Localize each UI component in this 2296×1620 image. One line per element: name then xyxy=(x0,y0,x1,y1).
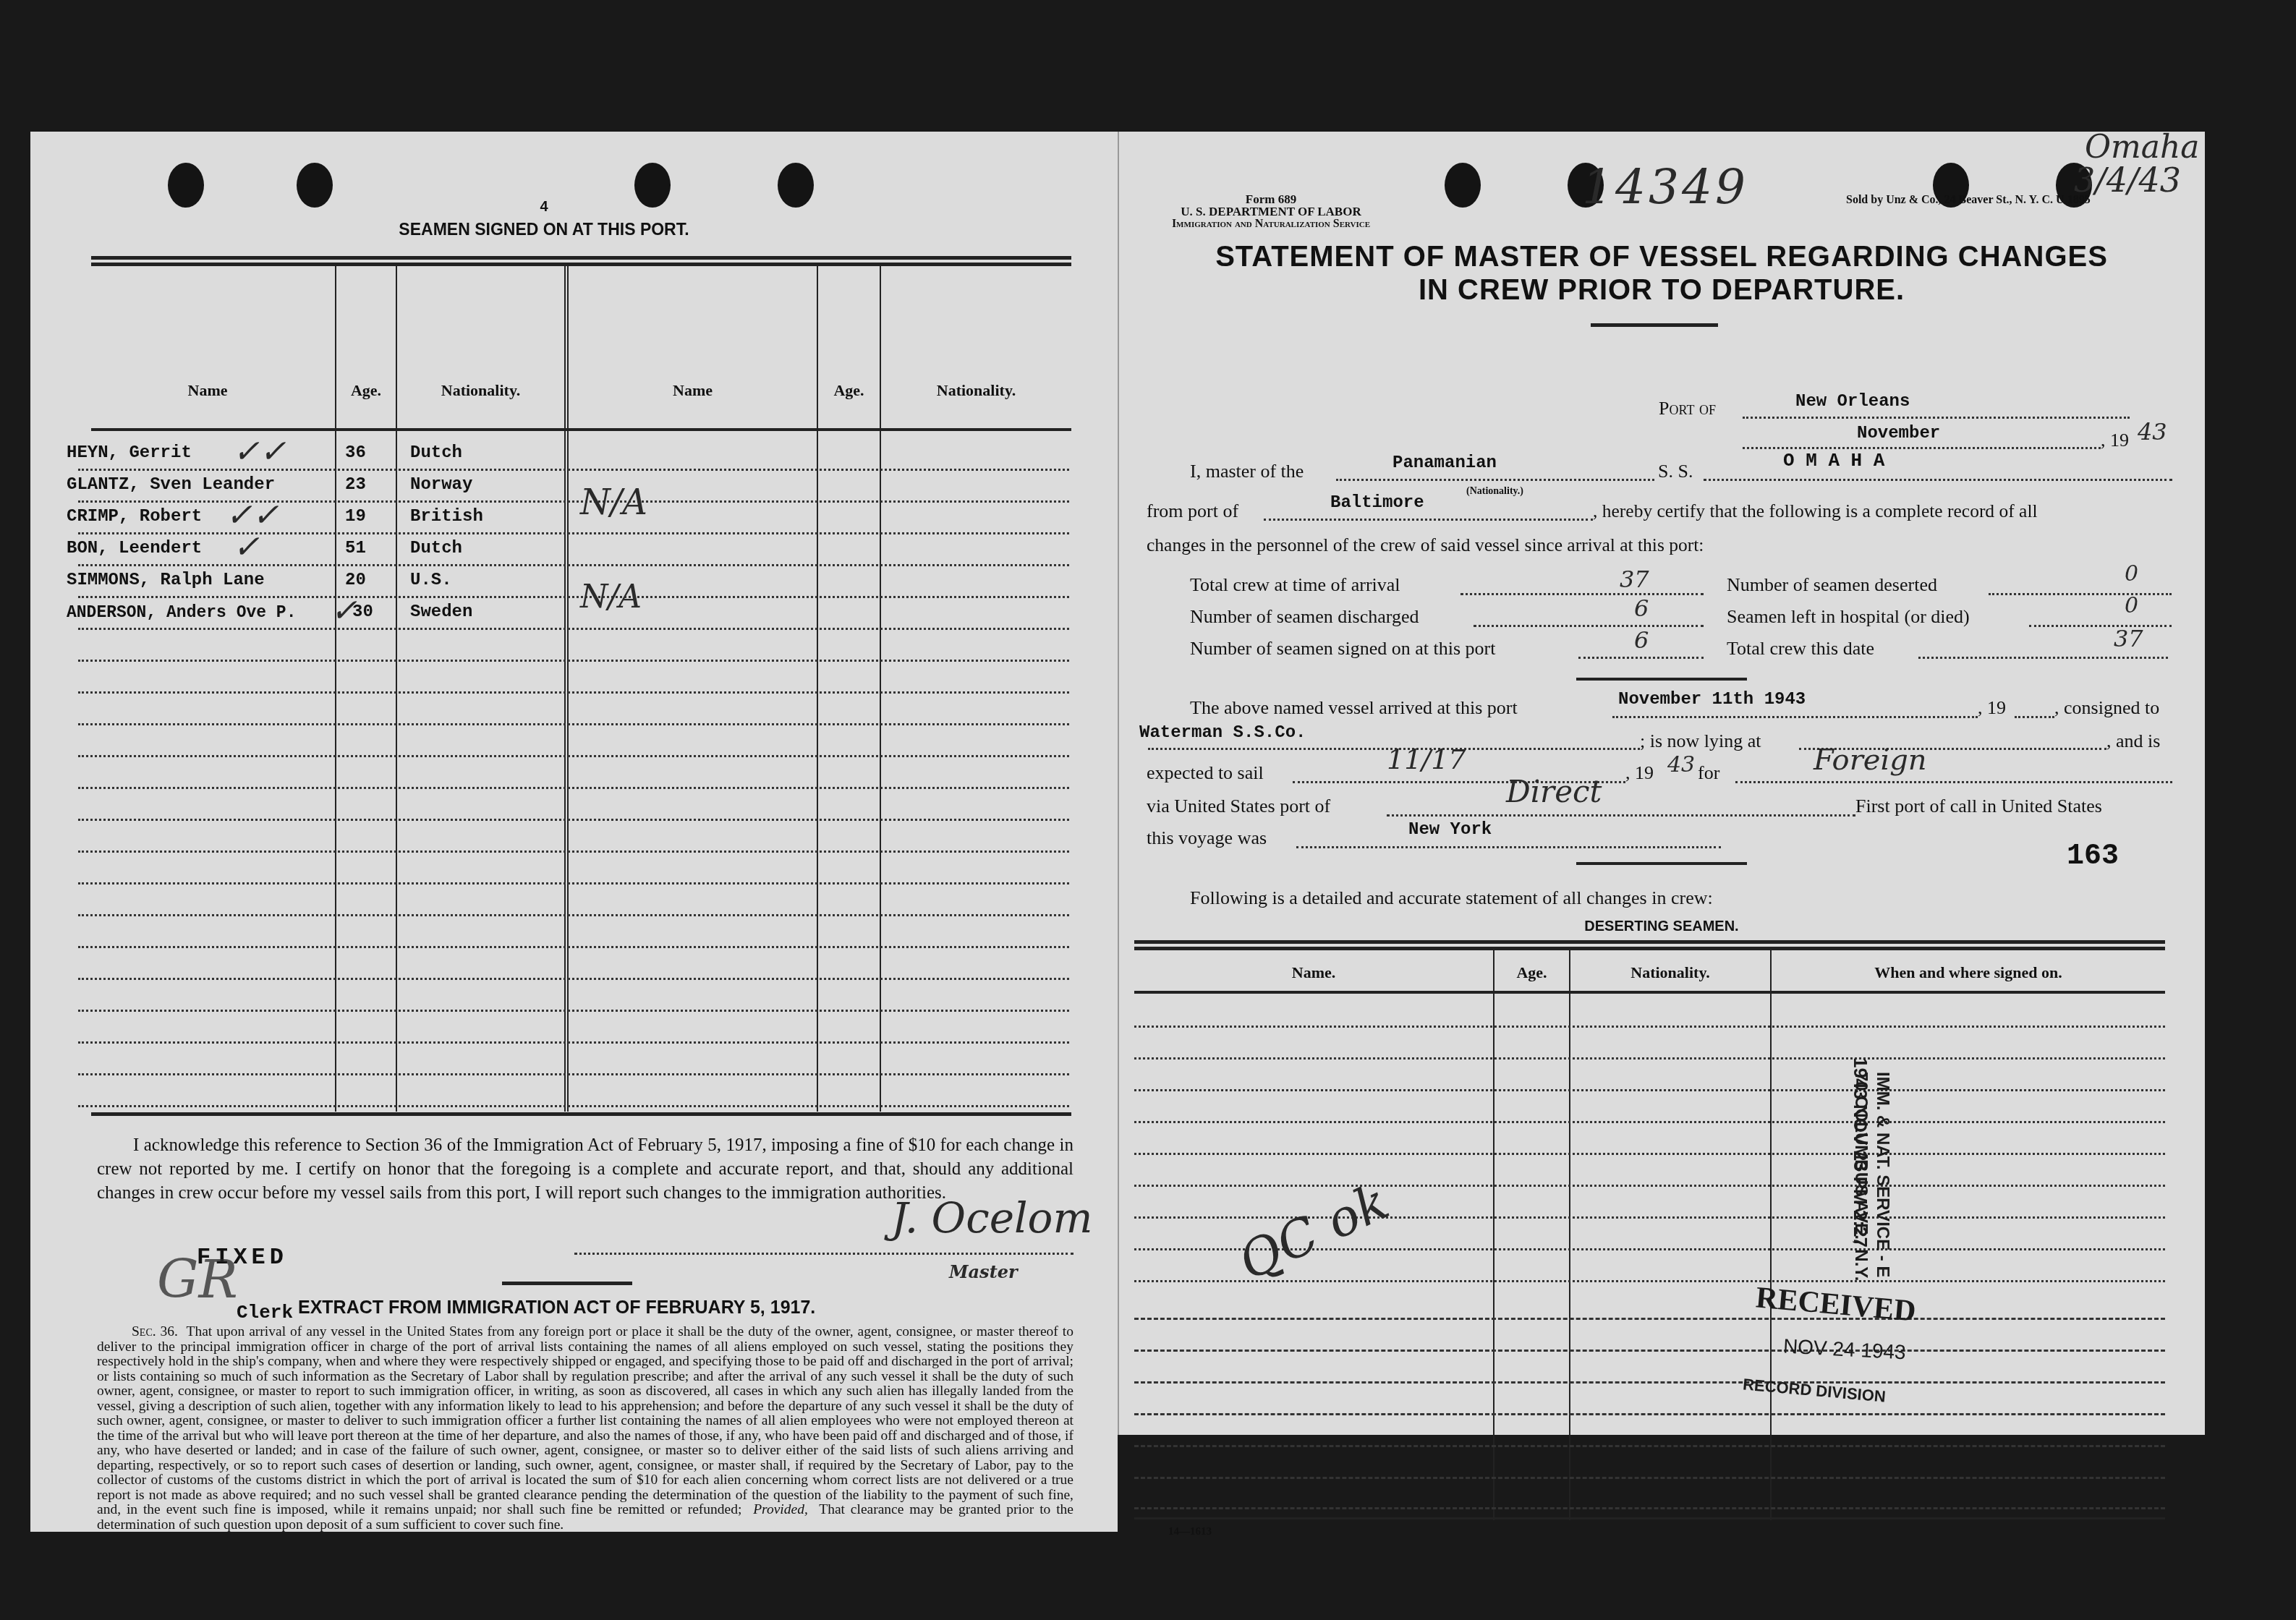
col-header-age-2: Age. xyxy=(818,381,880,400)
table-row xyxy=(1134,1153,2165,1155)
port-of-value[interactable]: New Orleans xyxy=(1795,392,1910,412)
deserting-title: DESERTING SEAMEN. xyxy=(1517,918,1806,935)
divider xyxy=(502,1282,632,1285)
table-row xyxy=(1134,1089,2165,1091)
table-row xyxy=(1134,1381,2165,1384)
voyage-value[interactable]: New York xyxy=(1408,820,1492,840)
expected-sail-value[interactable]: 11/17 xyxy=(1387,743,1466,775)
table-row xyxy=(1134,1413,2165,1415)
from-port-label: from port of xyxy=(1147,500,1238,522)
received-stamp: RECEIVED xyxy=(1754,1280,1917,1329)
check-mark-icon: ✓ xyxy=(233,529,260,566)
column-divider xyxy=(564,265,566,1112)
column-divider xyxy=(1770,949,1772,1520)
table-row: GLANTZ, Sven Leander 23 Norway xyxy=(45,467,1083,499)
master-of-label: I, master of the xyxy=(1190,461,1304,482)
header-rule xyxy=(91,428,1071,431)
column-divider xyxy=(1569,949,1570,1520)
table-row xyxy=(1134,1350,2165,1352)
punch-hole xyxy=(297,163,333,208)
table-top-rule xyxy=(1134,940,2165,950)
master-signature: J. Ocelom xyxy=(891,1193,1092,1242)
ship-name-value[interactable]: O M A H A xyxy=(1783,450,1884,472)
clerk-initials: GR xyxy=(157,1249,238,1310)
master-label: Master xyxy=(949,1261,1018,1282)
consignee-value[interactable]: Waterman S.S.Co. xyxy=(1139,723,1306,743)
record-division-stamp: RECORD DIVISION xyxy=(1742,1375,1887,1406)
ss-label: S. S. xyxy=(1658,461,1693,482)
col-header-nationality-2: Nationality. xyxy=(881,381,1071,400)
table-row xyxy=(1134,1121,2165,1123)
total-arrival-value[interactable]: 37 xyxy=(1620,566,1649,593)
discharged-value[interactable]: 6 xyxy=(1634,594,1649,622)
table-row xyxy=(1134,1507,2165,1509)
column-divider xyxy=(1493,949,1494,1520)
footer-code: 14—1613 xyxy=(1168,1526,1212,1538)
check-mark-icon: ✓✓ xyxy=(233,433,286,470)
col-header-signed-on: When and where signed on. xyxy=(1772,963,2165,982)
col-header-age: Age. xyxy=(336,381,396,400)
extract-title: EXTRACT FROM IMMIGRATION ACT OF FEBRUARY… xyxy=(298,1297,815,1318)
deserted-value[interactable]: 0 xyxy=(2125,561,2138,587)
col-header-name-2: Name xyxy=(569,381,817,400)
table-bottom-rule xyxy=(1134,1517,2165,1519)
table-bottom-rule xyxy=(91,1112,1071,1116)
col-header-nationality: Nationality. xyxy=(1570,963,1770,982)
header-rule xyxy=(1134,991,2165,994)
via-port-value[interactable]: Direct xyxy=(1506,774,1602,809)
table-top-rule xyxy=(91,256,1071,266)
table-row: BON, Leendert ✓ 51 Dutch xyxy=(45,531,1083,563)
destination-value[interactable]: Foreign xyxy=(1814,743,1927,777)
divider xyxy=(1576,862,1747,865)
service-name: Immigration and Naturalization Service xyxy=(1152,218,1390,230)
page-number: 4 xyxy=(530,199,558,216)
form-title: STATEMENT OF MASTER OF VESSEL REGARDING … xyxy=(1134,240,2190,307)
signed-on-value[interactable]: 6 xyxy=(1634,626,1649,654)
expected-year-value[interactable]: 43 xyxy=(1667,752,1695,777)
date-year-value[interactable]: 43 xyxy=(2138,418,2167,445)
col-header-name: Name xyxy=(153,381,262,400)
section-title: SEAMEN SIGNED ON AT THIS PORT. xyxy=(334,220,754,239)
table-row: HEYN, Gerrit ✓✓ 36 Dutch xyxy=(45,435,1083,467)
signature-line xyxy=(574,1253,1073,1255)
table-row xyxy=(1134,1026,2165,1028)
punch-hole xyxy=(778,163,814,208)
extract-text: Sec. 36. That upon arrival of any vessel… xyxy=(97,1325,1073,1532)
table-row: CRIMP, Robert ✓✓ 19 British xyxy=(45,499,1083,531)
form-header: Form 689 U. S. DEPARTMENT OF LABOR Immig… xyxy=(1152,193,1390,230)
corner-note-date: 3/4/43 xyxy=(2074,161,2181,200)
punch-hole xyxy=(168,163,204,208)
file-number: 14349 xyxy=(1582,159,1748,215)
received-date-stamp: NOV 24 1943 xyxy=(1782,1335,1906,1365)
nationality-caption: (Nationality.) xyxy=(1466,486,1523,498)
port-of-label: Port of xyxy=(1659,398,1716,419)
total-date-value[interactable]: 37 xyxy=(2114,625,2143,652)
col-header-name: Name. xyxy=(1134,963,1493,982)
punch-hole xyxy=(634,163,671,208)
handwritten-annotation: N/A xyxy=(580,482,647,523)
divider xyxy=(1591,323,1718,327)
clerk-label: Clerk xyxy=(237,1302,293,1323)
form-number: Form 689 xyxy=(1152,193,1390,205)
table-row xyxy=(1134,1318,2165,1320)
table-row: SIMMONS, Ralph Lane 20 U.S. xyxy=(45,563,1083,594)
table-row xyxy=(1134,1185,2165,1187)
department: U. S. DEPARTMENT OF LABOR xyxy=(1152,205,1390,218)
date-month-value[interactable]: November xyxy=(1857,424,1940,443)
from-port-value[interactable]: Baltimore xyxy=(1330,493,1424,513)
left-page: 4 SEAMEN SIGNED ON AT THIS PORT. Name Ag… xyxy=(30,132,1118,1532)
arrived-value[interactable]: November 11th 1943 xyxy=(1618,690,1806,709)
table-row xyxy=(1134,1057,2165,1060)
handwritten-ok: QC ok xyxy=(1230,1172,1398,1292)
divider xyxy=(1576,678,1747,681)
handwritten-annotation: N/A xyxy=(580,579,642,615)
vendor-line: Sold by Unz & Co., 24 Beaver St., N. Y. … xyxy=(1846,194,2091,207)
punch-hole xyxy=(1445,163,1481,208)
col-header-age: Age. xyxy=(1494,963,1569,982)
date-stamp: 1943 NOV 23 PM 2:27 xyxy=(1849,1057,1871,1248)
table-row: ANDERSON, Anders Ove P. ✓ 30 Sweden xyxy=(45,594,1083,626)
table-row xyxy=(1134,1477,2165,1479)
col-header-nationality: Nationality. xyxy=(397,381,564,400)
right-page: Form 689 U. S. DEPARTMENT OF LABOR Immig… xyxy=(1118,132,2205,1435)
hospital-value[interactable]: 0 xyxy=(2125,593,2138,618)
stamp-number: 163 xyxy=(2067,840,2119,873)
nationality-value[interactable]: Panamanian xyxy=(1393,453,1497,473)
table-row xyxy=(1134,1445,2165,1447)
